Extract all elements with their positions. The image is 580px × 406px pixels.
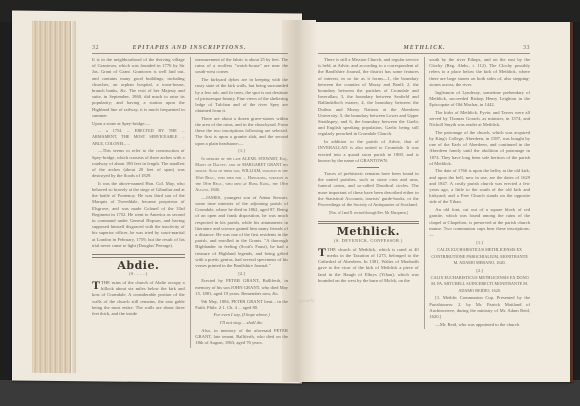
paragraph: Upon a stone at Spey-bridge:— (92, 121, 185, 127)
section-subtitle: (S. ......) (92, 271, 185, 277)
verse: I'll not sing ... shall die. (195, 320, 288, 326)
paragraph: Inglismon of Lyndesay, sometime prebenda… (429, 90, 530, 109)
right-page-content: METHLICK. 33 There is still a Mission Ch… (318, 45, 530, 329)
paragraph: An old font, cut out of a square block o… (429, 207, 530, 238)
inscription: In memory of the late ALEXR. STEWART, Es… (195, 156, 288, 193)
inscription-number: [2.] (195, 271, 288, 277)
left-column-2: measurement of the fabric is about 25 by… (195, 57, 288, 348)
page-stack-edges (32, 21, 71, 373)
short-divider (357, 167, 379, 168)
inscription: ... a 1754. ... ERECTED BY THE ... ARMAM… (92, 128, 185, 147)
background-table (0, 380, 580, 406)
inscription: Also, in memory of the aforesaid PETER G… (195, 328, 288, 347)
inscription-number: [1.] (195, 148, 288, 154)
right-columns: There is still a Mission Church, and reg… (318, 57, 530, 329)
left-columns: It is in the neighbourhood of the thrivi… (92, 57, 288, 348)
inscription: CALIX EUCHARISTICUS METHLICENSIS EX CONT… (429, 247, 530, 266)
credit-line: [Nos. of I and II. revised through Rev. … (318, 210, 419, 216)
paragraph: south by the river Ethops, and on the ea… (429, 57, 530, 88)
page-stack-inner-edge (72, 21, 76, 373)
left-page-content: 32 EPITAPHS AND INSCRIPTIONS. It is in t… (92, 45, 288, 348)
right-column-2: south by the river Ethops, and on the ea… (429, 57, 530, 329)
verse: For even I say, (I hope above.) (195, 312, 288, 318)
paragraph: It was the above-named Hon. Col. May, wh… (92, 181, 185, 249)
right-page-number: 33 (523, 45, 530, 51)
section-title-methlick: Methlick. (318, 229, 419, 235)
section-paragraph: TTHE church of Methlick, which is rated … (318, 247, 419, 284)
paragraph: The date of 1766 is upon the belfry at t… (429, 168, 530, 205)
paragraph: The kirkyard dykes are in keeping with t… (195, 77, 288, 114)
paragraph: [1. Methlic Communion Cup. Presented by … (429, 295, 530, 320)
right-running-title: METHLICK. (403, 45, 445, 51)
inscription-number: [1.] (429, 240, 530, 246)
left-column-1: It is in the neighbourhood of the thrivi… (92, 57, 185, 348)
paragraph: There are about a dozen grave-stones wit… (195, 116, 288, 147)
right-running-head: METHLICK. 33 (318, 45, 530, 54)
section-paragraph: TTHE ruins of the church of Abdie occupy… (92, 280, 185, 317)
paragraph: There is still a Mission Church, and reg… (318, 57, 419, 138)
paragraph: measurement of the fabric is about 25 by… (195, 57, 288, 76)
left-running-head: 32 EPITAPHS AND INSCRIPTIONS. (92, 45, 288, 54)
drop-cap-letter: T (318, 247, 326, 258)
right-column-1: There is still a Mission Church, and reg… (318, 57, 419, 329)
inscription: 9th May, 1884, PETER GRANT lieut... in t… (195, 299, 288, 311)
section-subtitle: (S. DEVENICK, CONFESSOR.) (318, 238, 419, 244)
column-rule (190, 57, 191, 348)
left-page-number: 32 (92, 45, 99, 51)
inscription: CALIX EUCHARISTICUS METHLICENSIS EX DONO… (429, 275, 530, 294)
left-running-title: EPITAPHS AND INSCRIPTIONS. (133, 45, 247, 51)
paragraph: —This seems to refer to the construction… (92, 148, 185, 179)
paragraph: —JAMES, youngest son of Adam Stewart, so… (195, 195, 288, 269)
paragraph: It is in the neighbourhood of the thrivi… (92, 57, 185, 119)
section-divider (92, 254, 185, 258)
column-rule (424, 57, 425, 329)
paragraph: In addition to the parish of Advie, that… (318, 139, 419, 164)
section-title-abdie: Abdie. (92, 263, 185, 269)
paragraph: —Mr. Reid, who was appointed to the chur… (429, 322, 530, 328)
paragraph: Traces of prehistoric remains have been … (318, 171, 419, 208)
drop-cap-letter: T (92, 280, 100, 291)
inscription-number: [2.] (429, 268, 530, 274)
paragraph: The kirks of Methlick, Fyvie, and Tarves… (429, 110, 530, 129)
section-divider (318, 221, 419, 225)
paragraph: The patronage of the church, which was a… (429, 130, 530, 167)
inscription: Erected by PETER GRANT, Balliferth, in m… (195, 278, 288, 297)
